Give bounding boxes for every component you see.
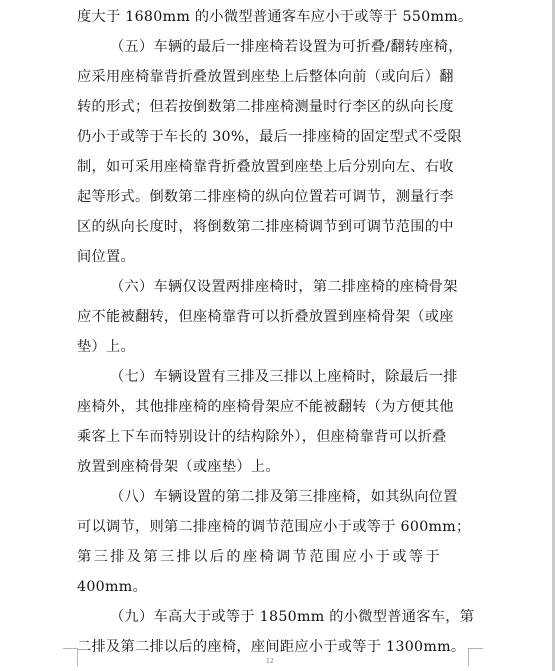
page-corner-mark-right [468,648,483,666]
text-line: 间位置。 [77,242,440,272]
page-corner-mark-left [63,648,78,666]
document-page: 度大于 1680mm 的小微型普通客车应小于或等于 550mm。（五）车辆的最后… [0,0,552,671]
text-line: （九）车高大于或等于 1850mm 的小微型普通客车，第 [110,602,440,632]
text-line: 度大于 1680mm 的小微型普通客车应小于或等于 550mm。 [77,2,440,32]
text-line: 放置到座椅骨架（或座垫）上。 [77,452,440,482]
text-line: 座椅外，其他排座椅的座椅骨架应不能被翻转（为方便其他 [77,392,440,422]
text-line: 起等形式。倒数第二排座椅的纵向位置若可调节，测量行李 [77,182,440,212]
page-number: 12 [266,658,274,665]
text-line: （七）车辆设置有三排及三排以上座椅时，除最后一排 [110,362,440,392]
text-line: 应不能被翻转，但座椅靠背可以折叠放置到座椅骨架（或座 [77,302,440,332]
text-line: 乘客上下车而特别设计的结构除外），但座椅靠背可以折叠 [77,422,440,452]
text-line: 二排及第二排以后的座椅，座间距应小于或等于 1300mm。 [77,632,440,662]
text-line: 垫）上。 [77,332,440,362]
text-line: 可以调节，则第二排座椅的调节范围应小于或等于 600mm； [77,512,440,542]
text-line: （六）车辆仅设置两排座椅时，第二排座椅的座椅骨架 [110,272,440,302]
text-line: 制，如可采用座椅靠背折叠放置到座垫上后分别向左、右收 [77,152,440,182]
text-line: 转的形式；但若按倒数第二排座椅测量时行李区的纵向长度 [77,92,440,122]
text-line: （五）车辆的最后一排座椅若设置为可折叠/翻转座椅， [110,32,440,62]
text-line: 400mm。 [77,572,440,602]
text-line: 第三排及第三排以后的座椅调节范围应小于或等于 [77,542,440,572]
text-line: 仍小于或等于车长的 30%，最后一排座椅的固定型式不受限 [77,122,440,152]
text-line: 区的纵向长度时，将倒数第二排座椅调节到可调节范围的中 [77,212,440,242]
text-line: （八）车辆设置的第二排及第三排座椅，如其纵向位置 [110,482,440,512]
text-line: 应采用座椅靠背折叠放置到座垫上后整体向前（或向后）翻 [77,62,440,92]
